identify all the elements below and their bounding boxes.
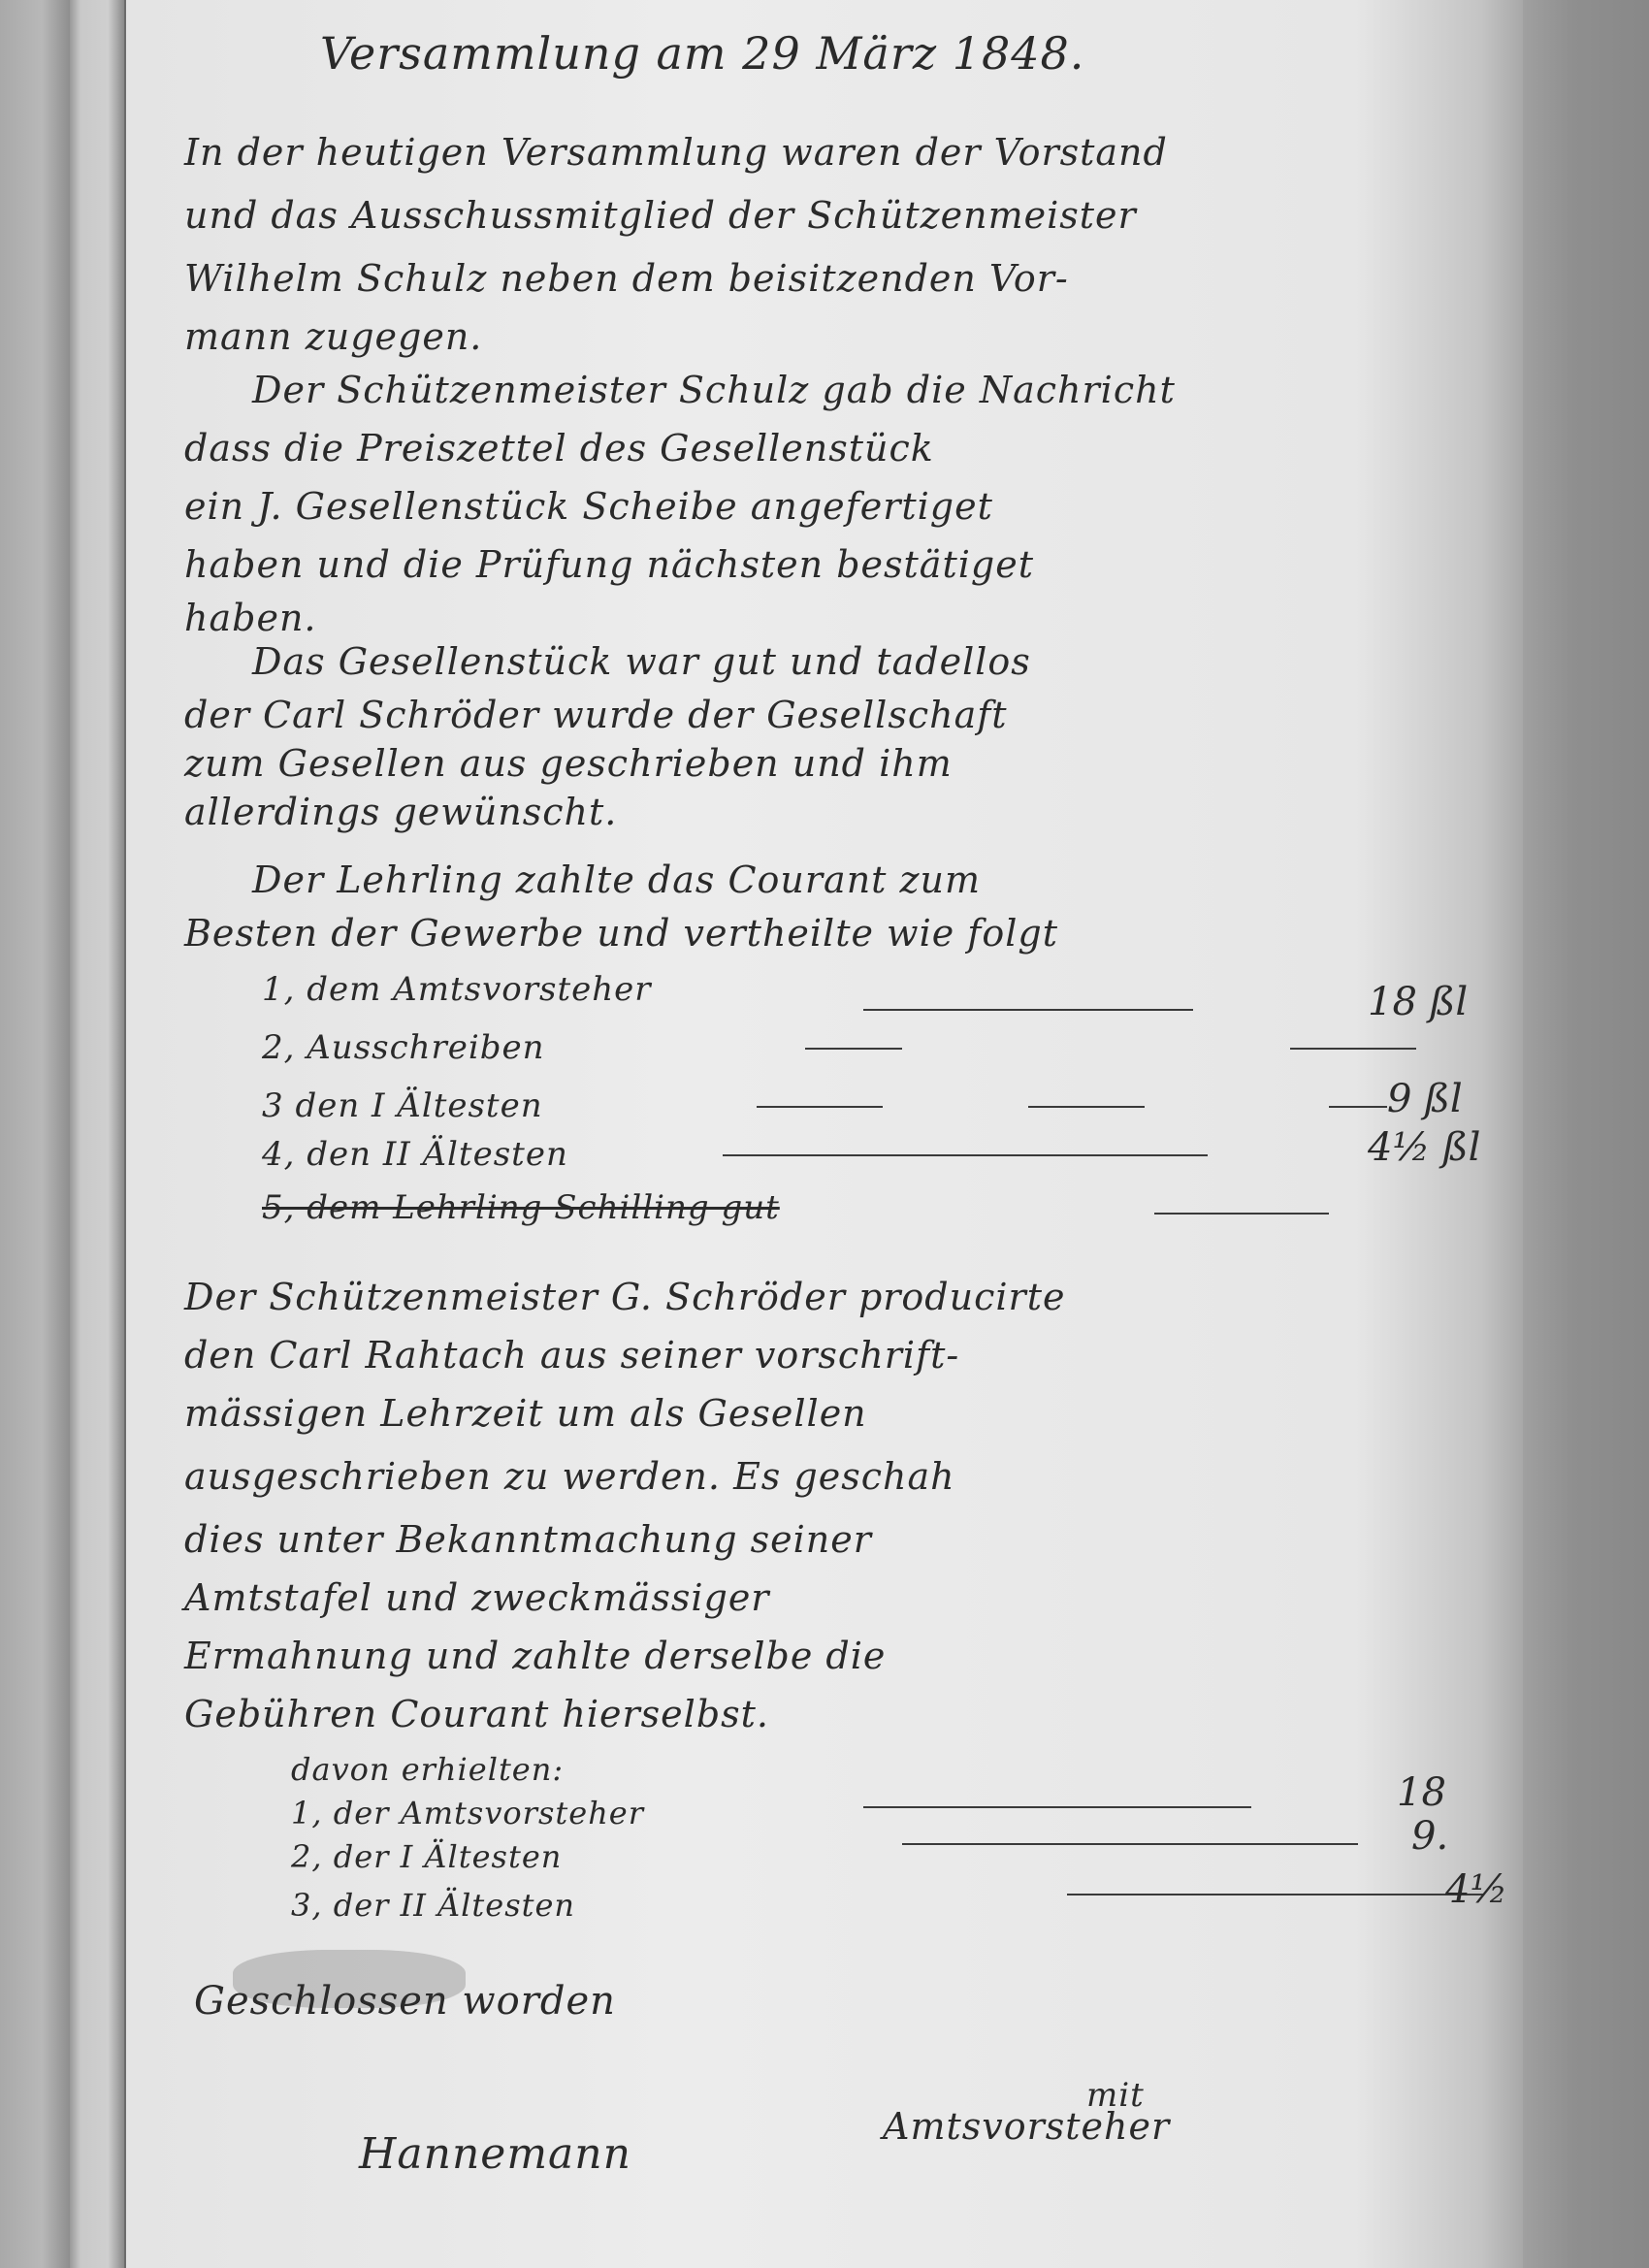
book-binding-edge [0, 0, 70, 2268]
text-line: Das Gesellenstück war gut und tadellos [252, 640, 1031, 683]
fee-amount: 18 [1397, 1770, 1446, 1815]
fill-line [1329, 1106, 1387, 1108]
text-line: haben und die Prüfung nächsten bestätige… [184, 543, 1034, 586]
fee-item-struck: 5, dem Lehrling Schilling gut [262, 1188, 780, 1227]
text-line: ausgeschrieben zu werden. Es geschah [184, 1455, 955, 1498]
fee-item: 3, der II Ältesten [291, 1887, 575, 1924]
fee-amount: 9. [1411, 1814, 1448, 1859]
fee-item: 2, Ausschreiben [262, 1028, 545, 1067]
page-heading: Versammlung am 29 März 1848. [320, 27, 1084, 80]
text-line: dies unter Bekanntmachung seiner [184, 1518, 872, 1561]
fill-line [902, 1843, 1358, 1845]
book-gutter [70, 0, 126, 2268]
text-line: mässigen Lehrzeit um als Gesellen [184, 1392, 867, 1435]
fill-line [863, 1806, 1251, 1808]
text-line: ein J. Gesellenstück Scheibe angefertige… [184, 485, 993, 528]
text-line: Der Schützenmeister G. Schröder producir… [184, 1276, 1065, 1318]
text-line: der Carl Schröder wurde der Gesellschaft [184, 694, 1008, 736]
text-line: allerdings gewünscht. [184, 791, 617, 833]
fill-line [723, 1154, 1208, 1156]
text-line: und das Ausschussmitglied der Schützenme… [184, 194, 1137, 237]
signature-amtsvorsteher: Amtsvorsteher [883, 2105, 1170, 2148]
fill-line [1028, 1106, 1145, 1108]
fill-line [863, 1009, 1193, 1011]
text-line: mann zugegen. [184, 315, 482, 358]
text-line: dass die Preiszettel des Gesellenstück [184, 427, 934, 470]
fill-line [805, 1048, 902, 1050]
text-line: Wilhelm Schulz neben dem beisitzenden Vo… [184, 257, 1069, 300]
signature-hannemann: Hannemann [359, 2129, 631, 2179]
text-line: Der Lehrling zahlte das Courant zum [252, 859, 981, 901]
text-line: Besten der Gewerbe und vertheilte wie fo… [184, 912, 1058, 955]
text-line: zum Gesellen aus geschrieben und ihm [184, 742, 953, 785]
text-line: In der heutigen Versammlung waren der Vo… [184, 131, 1168, 174]
fee-amount: 18 ßl [1368, 980, 1468, 1024]
fee-item: 4, den II Ältesten [262, 1135, 568, 1174]
text-line: Ermahnung und zahlte derselbe die [184, 1635, 886, 1677]
fee-item: 1, der Amtsvorsteher [291, 1795, 644, 1831]
page-edge-shadow [1523, 0, 1649, 2268]
text-line: haben. [184, 597, 317, 639]
text-line: den Carl Rahtach aus seiner vorschrift- [184, 1334, 959, 1377]
text-line: Der Schützenmeister Schulz gab die Nachr… [252, 369, 1176, 411]
text-line: Amtstafel und zweckmässiger [184, 1576, 769, 1619]
closing-text: Geschlossen worden [194, 1979, 616, 2024]
list-intro: davon erhielten: [291, 1751, 564, 1788]
fill-line [1154, 1213, 1329, 1215]
fill-line [1067, 1894, 1484, 1895]
fee-item: 1, dem Amtsvorsteher [262, 970, 652, 1009]
fill-line [1290, 1048, 1416, 1050]
fill-line [757, 1106, 883, 1108]
fee-item: 2, der I Ältesten [291, 1838, 562, 1875]
fee-item: 3 den I Ältesten [262, 1086, 543, 1125]
text-line: Gebühren Courant hierselbst. [184, 1693, 769, 1735]
fee-amount: 4½ [1445, 1867, 1507, 1912]
fee-amount: 4½ ßl [1368, 1125, 1480, 1170]
fee-amount: 9 ßl [1387, 1077, 1463, 1121]
